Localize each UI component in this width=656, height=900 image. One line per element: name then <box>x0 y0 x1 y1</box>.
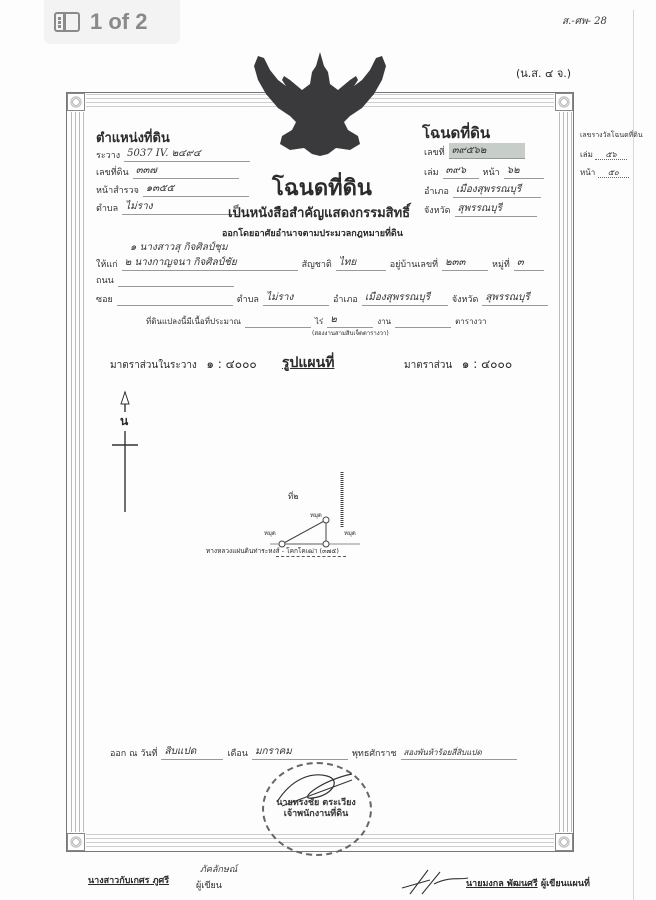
border-right <box>556 112 572 832</box>
map-title: รูปแผนที่ <box>282 352 334 374</box>
deed-heading: โฉนดที่ดิน <box>422 121 490 145</box>
field-amphoe: อำเภอ เมืองสุพรรณบุรี <box>424 182 541 198</box>
surveyor-signature: นายมงกล พัฒนศรี ผู้เขียนแผนที่ <box>466 876 590 890</box>
field-tambon: ตำบล ไม่ราง <box>96 199 238 215</box>
field-survey-page: หน้าสำรวจ ๑๓๕๕ <box>96 181 249 197</box>
corner-ornament <box>555 93 573 111</box>
point-label-a: หมุด <box>310 510 322 520</box>
border-left <box>68 112 84 832</box>
document-page: 1 of 2 ส.-ศพ- 28 (น.ส. ๔ จ.) ตำแหน่งที่ด… <box>0 0 656 900</box>
corner-ornament <box>555 833 573 851</box>
scale-left: มาตราส่วนในระวาง ๑ : ๔๐๐๐ <box>110 355 257 374</box>
point-label-c: หมุด <box>344 528 356 538</box>
surveyor-scribble <box>400 866 470 896</box>
survey-margin-volume: เล่ม ๕๖ <box>580 148 627 161</box>
area-words: (สองงานสามสิบเจ็ดตารางวา) <box>312 328 389 338</box>
sidebar-icon[interactable] <box>54 12 80 32</box>
field-land-no: เลขที่ดิน ๓๓๗ <box>96 163 239 179</box>
field-volume: เล่ม ๓๙๖ หน้า ๖๒ <box>424 163 544 179</box>
document-title: โฉนดที่ดิน <box>272 170 372 205</box>
issued-under: ออกโดยอาศัยอำนาจตามประมวลกฎหมายที่ดิน <box>222 226 403 240</box>
area-row: ที่ดินแปลงนี้มีเนื้อที่ประมาณ ไร่ ๒ งาน … <box>146 312 486 328</box>
corner-ornament <box>67 833 85 851</box>
address-row: ซอย ตำบล ไม่ราง อำเภอ เมืองสุพรรณบุรี จั… <box>96 290 548 306</box>
owner-row: ให้แก่ ๒ นางกาญจนา กิจศิลป์ชัย สัญชาติ ไ… <box>96 255 544 271</box>
scale-right: มาตราส่วน ๑ : ๔๐๐๐ <box>404 355 512 374</box>
field-province: จังหวัด สุพรรณบุรี <box>424 201 537 217</box>
road-note: ทางหลวงแผ่นดินท่าระหงส์ - โคกโคเฒ่า (๓๗๕… <box>206 546 339 556</box>
writer-name: นางสาวกับเกศร ภูศรี <box>88 873 169 887</box>
writer-title: ผู้เขียน <box>196 878 222 892</box>
garuda-emblem <box>250 50 390 158</box>
field-rawang: ระวาง 5037 IV. ๒๔๙๔ <box>96 146 250 162</box>
road-row: ถนน <box>96 273 234 287</box>
owner-name-1: ๑ นางสาวสุ กิจศิลป์ชุม <box>130 240 228 255</box>
page-count: 1 of 2 <box>90 9 147 35</box>
page-edge <box>633 10 634 900</box>
top-note: ส.-ศพ- 28 <box>562 14 607 29</box>
corner-ornament <box>67 93 85 111</box>
location-heading: ตำแหน่งที่ดิน <box>96 127 170 148</box>
field-deed-no: เลขที่ ๓๙๕๖๒ <box>424 143 525 159</box>
map-marker-label: ที่๒ <box>288 490 299 503</box>
form-code: (น.ส. ๔ จ.) <box>516 64 571 82</box>
seal-text: นายทรงชัย ตระเวียง เจ้าพนักงานที่ดิน <box>276 798 356 820</box>
issue-date-row: ออก ณ วันที่ สิบแปด เดือน มกราคม พุทธศัก… <box>110 744 517 760</box>
point-label-b: หมุด <box>264 528 276 538</box>
north-arrow-icon <box>110 390 140 515</box>
middle-signature: ภัคลักษณ์ <box>200 862 237 876</box>
survey-margin-page: หน้า ๕๐ <box>580 166 629 179</box>
north-label: น <box>120 412 128 431</box>
survey-margin-heading: เลขรางวัลโฉนดที่ดิน <box>580 130 643 141</box>
document-subtitle: เป็นหนังสือสำคัญแสดงกรรมสิทธิ์ <box>228 202 410 223</box>
page-indicator[interactable]: 1 of 2 <box>44 0 180 44</box>
road-line <box>276 556 346 557</box>
